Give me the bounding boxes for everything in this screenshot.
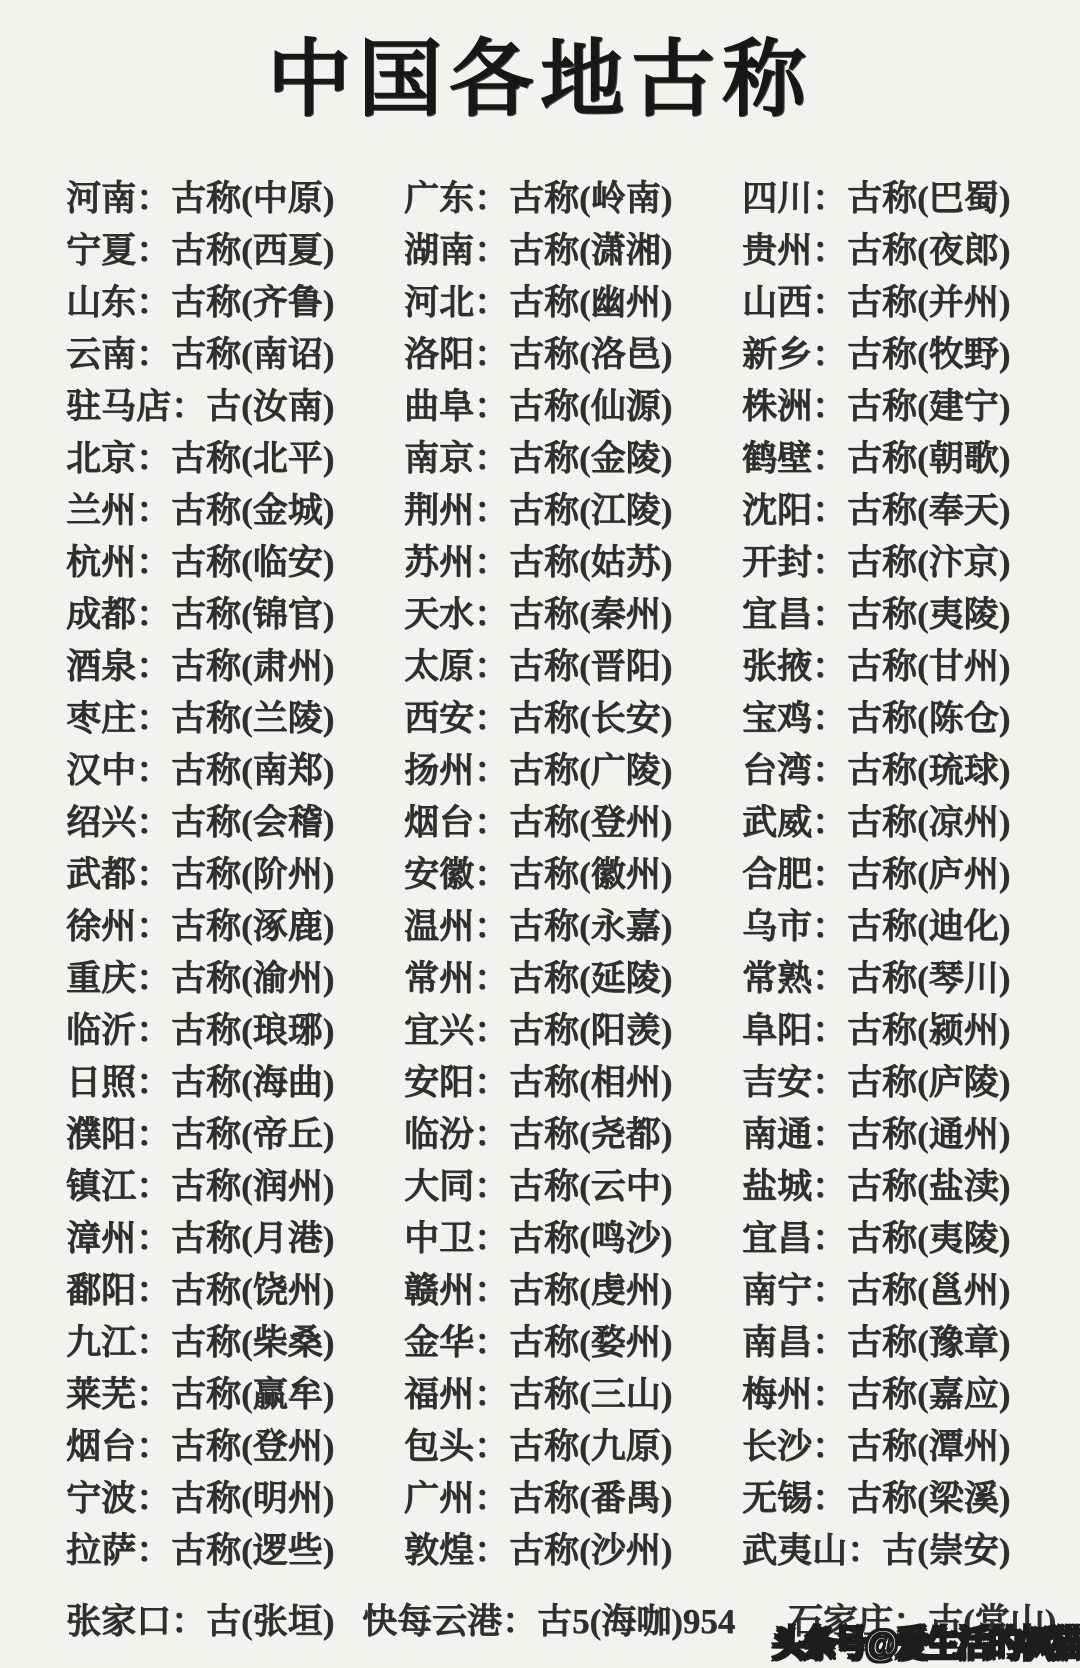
list-item: 云南：古称(南诏) [66,329,404,381]
list-item: 鹤壁：古称(朝歌) [742,433,1080,485]
list-item: 酒泉：古称(肃州) [66,641,404,693]
list-item: 金华：古称(婺州) [404,1317,742,1369]
list-item: 宝鸡：古称(陈仓) [742,693,1080,745]
list-item: 合肥：古称(庐州) [742,849,1080,901]
list-item: 中卫：古称(鸣沙) [404,1213,742,1265]
list-item: 徐州：古称(涿鹿) [66,901,404,953]
list-item: 盐城：古称(盐渎) [742,1161,1080,1213]
list-item: 烟台：古称(登州) [404,797,742,849]
list-item: 濮阳：古称(帝丘) [66,1109,404,1161]
list-item: 吉安：古称(庐陵) [742,1057,1080,1109]
list-item: 广州：古称(番禺) [404,1473,742,1525]
list-item: 大同：古称(云中) [404,1161,742,1213]
list-item: 成都：古称(锦官) [66,589,404,641]
list-item: 山东：古称(齐鲁) [66,277,404,329]
list-item: 宁夏：古称(西夏) [66,225,404,277]
list-item: 洛阳：古称(洛邑) [404,329,742,381]
column-2: 广东：古称(岭南)湖南：古称(潇湘)河北：古称(幽州)洛阳：古称(洛邑)曲阜：古… [404,173,742,1577]
list-item: 武都：古称(阶州) [66,849,404,901]
list-item: 宜昌：古称(夷陵) [742,589,1080,641]
list-item: 常熟：古称(琴川) [742,953,1080,1005]
list-item: 新乡：古称(牧野) [742,329,1080,381]
list-item: 台湾：古称(琉球) [742,745,1080,797]
list-item: 包头：古称(九原) [404,1421,742,1473]
bottom-row-left: 张家口：古(张垣) [66,1596,334,1648]
list-item: 阜阳：古称(颍州) [742,1005,1080,1057]
list-item: 南通：古称(通州) [742,1109,1080,1161]
list-item: 沈阳：古称(奉天) [742,485,1080,537]
list-item: 荆州：古称(江陵) [404,485,742,537]
list-item: 九江：古称(柴桑) [66,1317,404,1369]
list-item: 烟台：古称(登州) [66,1421,404,1473]
list-item: 南昌：古称(豫章) [742,1317,1080,1369]
list-item: 安阳：古称(相州) [404,1057,742,1109]
list-item: 温州：古称(永嘉) [404,901,742,953]
list-item: 福州：古称(三山) [404,1369,742,1421]
list-item: 漳州：古称(月港) [66,1213,404,1265]
list-item: 宜兴：古称(阳羡) [404,1005,742,1057]
list-item: 临汾：古称(尧都) [404,1109,742,1161]
column-3: 四川：古称(巴蜀)贵州：古称(夜郎)山西：古称(并州)新乡：古称(牧野)株洲：古… [742,173,1080,1577]
list-item: 开封：古称(汴京) [742,537,1080,589]
list-item: 四川：古称(巴蜀) [742,173,1080,225]
list-item: 北京：古称(北平) [66,433,404,485]
list-item: 河北：古称(幽州) [404,277,742,329]
column-1: 河南：古称(中原)宁夏：古称(西夏)山东：古称(齐鲁)云南：古称(南诏)驻马店：… [66,173,404,1577]
list-item: 湖南：古称(潇湘) [404,225,742,277]
list-item: 武夷山：古(崇安) [742,1525,1080,1577]
list-item: 山西：古称(并州) [742,277,1080,329]
list-item: 武威：古称(凉州) [742,797,1080,849]
list-item: 莱芜：古称(赢牟) [66,1369,404,1421]
list-item: 枣庄：古称(兰陵) [66,693,404,745]
list-item: 株洲：古称(建宁) [742,381,1080,433]
list-item: 日照：古称(海曲) [66,1057,404,1109]
list-item: 张掖：古称(甘州) [742,641,1080,693]
list-item: 宁波：古称(明州) [66,1473,404,1525]
ancient-names-list: 河南：古称(中原)宁夏：古称(西夏)山东：古称(齐鲁)云南：古称(南诏)驻马店：… [0,173,1080,1577]
list-item: 宜昌：古称(夷陵) [742,1213,1080,1265]
bottom-row-middle: 快每云港：古5(海咖)954 [362,1596,735,1648]
list-item: 河南：古称(中原) [66,173,404,225]
list-item: 南京：古称(金陵) [404,433,742,485]
list-item: 杭州：古称(临安) [66,537,404,589]
list-item: 长沙：古称(潭州) [742,1421,1080,1473]
watermark: 头条号@爱生活的枫猫 [772,1616,1080,1667]
list-item: 赣州：古称(虔州) [404,1265,742,1317]
list-item: 南宁：古称(邕州) [742,1265,1080,1317]
list-item: 曲阜：古称(仙源) [404,381,742,433]
list-item: 拉萨：古称(逻些) [66,1525,404,1577]
page-title: 中国各地古称 [0,0,1080,133]
list-item: 镇江：古称(润州) [66,1161,404,1213]
list-item: 重庆：古称(渝州) [66,953,404,1005]
list-item: 太原：古称(晋阳) [404,641,742,693]
list-item: 兰州：古称(金城) [66,485,404,537]
list-item: 天水：古称(秦州) [404,589,742,641]
list-item: 临沂：古称(琅琊) [66,1005,404,1057]
list-item: 汉中：古称(南郑) [66,745,404,797]
list-item: 敦煌：古称(沙州) [404,1525,742,1577]
list-item: 苏州：古称(姑苏) [404,537,742,589]
list-item: 西安：古称(长安) [404,693,742,745]
list-item: 广东：古称(岭南) [404,173,742,225]
list-item: 鄱阳：古称(饶州) [66,1265,404,1317]
list-item: 常州：古称(延陵) [404,953,742,1005]
list-item: 无锡：古称(梁溪) [742,1473,1080,1525]
list-item: 贵州：古称(夜郎) [742,225,1080,277]
list-item: 扬州：古称(广陵) [404,745,742,797]
list-item: 乌市：古称(迪化) [742,901,1080,953]
list-item: 驻马店：古(汝南) [66,381,404,433]
list-item: 梅州：古称(嘉应) [742,1369,1080,1421]
list-item: 安徽：古称(徽州) [404,849,742,901]
list-item: 绍兴：古称(会稽) [66,797,404,849]
